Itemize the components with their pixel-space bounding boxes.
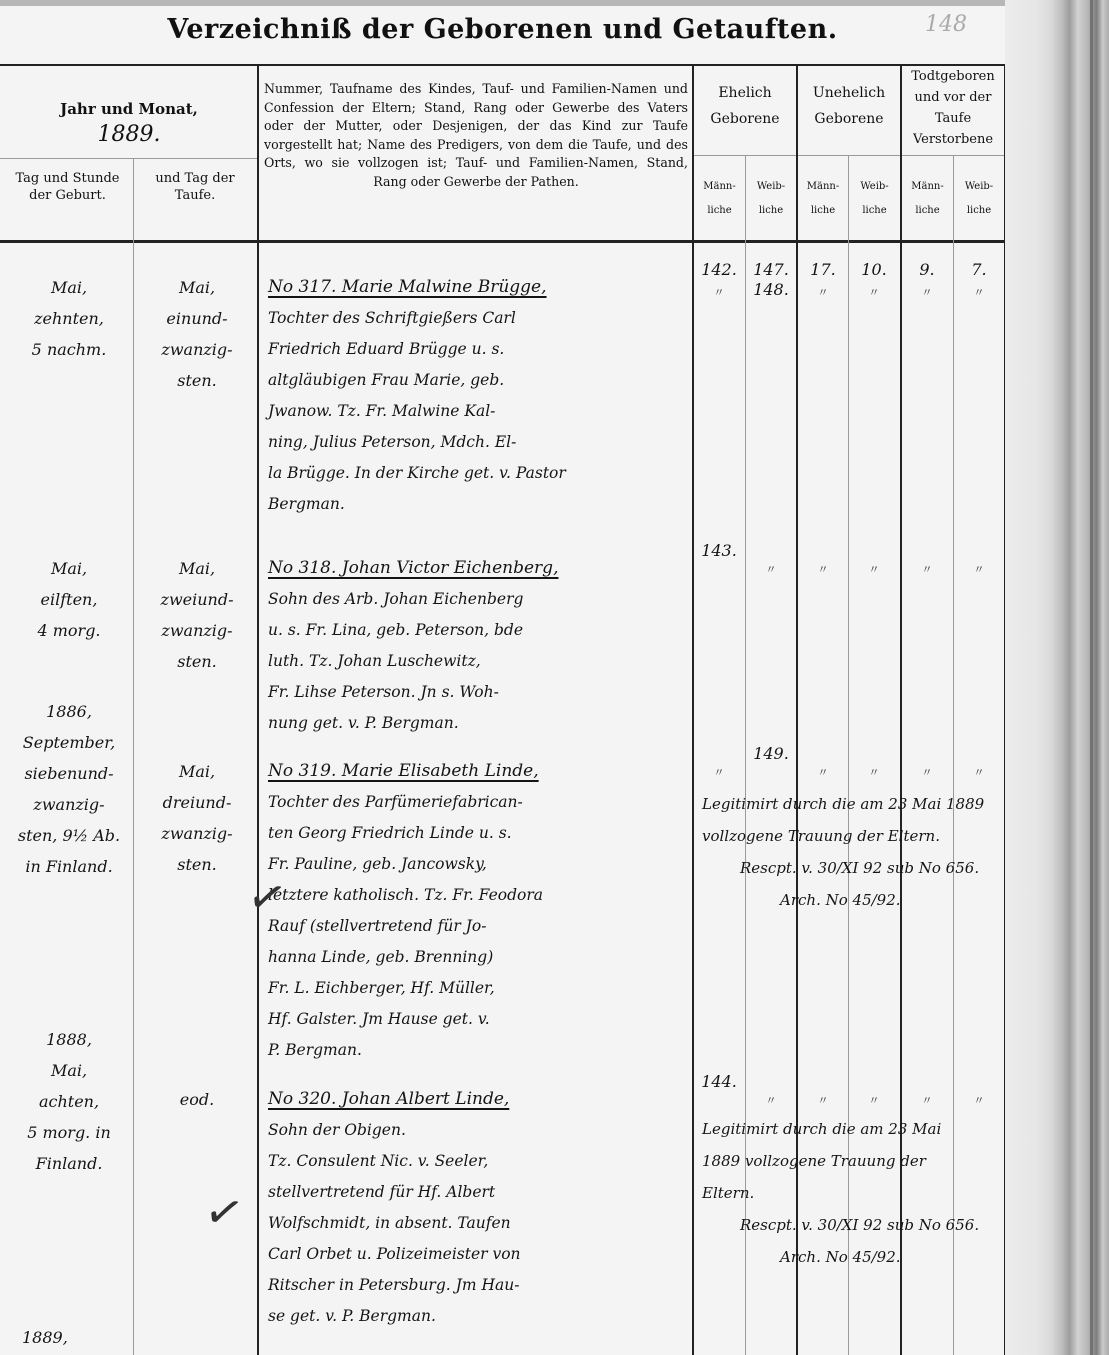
- entry-text-line: Fr. Lihse Peterson. Jn s. Woh-: [268, 677, 692, 708]
- entry-text-line: stellvertretend für Hf. Albert: [268, 1177, 692, 1208]
- legitimation-note-line: Arch. No 45/92.: [780, 891, 901, 909]
- entry-text-line: Friedrich Eduard Brügge u. s.: [268, 334, 692, 365]
- entry-text-line: Tochter des Parfümeriefabrican-: [268, 787, 692, 818]
- header-female-1: Weib-liche: [746, 175, 796, 223]
- entry-heading: No 318. Johan Victor Eichenberg,: [268, 553, 688, 584]
- entry-heading: No 317. Marie Malwine Brügge,: [268, 272, 688, 303]
- count-value: 10.: [849, 260, 899, 279]
- baptism-date-line: sten.: [138, 646, 256, 677]
- birth-date-line: zehnten,: [8, 303, 130, 334]
- header-year-rule: [0, 158, 258, 159]
- count-value: 149.: [746, 744, 796, 763]
- birth-date-line: Mai,: [8, 272, 130, 303]
- header-details-col: Nummer, Taufname des Kindes, Tauf- und F…: [264, 80, 688, 191]
- count-ditto-mark: 〃: [849, 561, 899, 577]
- legitimation-note-line: 1889 vollzogene Trauung der: [702, 1152, 926, 1170]
- count-ditto-mark: 〃: [902, 561, 952, 577]
- birth-date-line: siebenund-: [8, 758, 130, 789]
- entry-text-line: Hf. Galster. Jm Hause get. v.: [268, 1004, 692, 1035]
- count-value: 9.: [902, 260, 952, 279]
- entry-text-line: nung get. v. P. Bergman.: [268, 708, 692, 739]
- header-top-rule: [0, 64, 1005, 66]
- entry-text-line: Wolfschmidt, in absent. Taufen: [268, 1208, 692, 1239]
- entry-text-line: Tz. Consulent Nic. v. Seeler,: [268, 1146, 692, 1177]
- count-ditto-mark: 〃: [902, 764, 952, 780]
- count-value: 143.: [694, 541, 744, 560]
- birth-date-line: sten, 9½ Ab.: [8, 820, 130, 851]
- entry-text-line: u. s. Fr. Lina, geb. Peterson, bde: [268, 615, 692, 646]
- book-binding: [1005, 0, 1109, 1355]
- count-ditto-mark: 〃: [902, 284, 952, 300]
- entry-text-line: ten Georg Friedrich Linde u. s.: [268, 818, 692, 849]
- count-ditto-mark: 〃: [798, 561, 848, 577]
- entry-text-line: altgläubigen Frau Marie, geb.: [268, 365, 692, 396]
- baptism-date-line: Mai,: [138, 553, 256, 584]
- birth-date-line: achten,: [8, 1086, 130, 1117]
- baptism-date-line: sten.: [138, 849, 256, 880]
- entry-text-line: se get. v. P. Bergman.: [268, 1301, 692, 1332]
- baptism-date-line: sten.: [138, 365, 256, 396]
- baptism-date-line: Mai,: [138, 756, 256, 787]
- col-divider-8: [953, 155, 954, 1355]
- entry-text-line: Sohn der Obigen.: [268, 1115, 692, 1146]
- legitimation-note-line: Legitimirt durch die am 23 Mai: [702, 1120, 941, 1138]
- page-number: 148: [925, 12, 967, 37]
- birth-date-line: Finland.: [8, 1148, 130, 1179]
- count-ditto-mark: 〃: [954, 764, 1004, 780]
- baptism-date-line: eod.: [138, 1084, 256, 1115]
- count-value: 142.: [694, 260, 744, 279]
- entry-heading: No 320. Johan Albert Linde,: [268, 1084, 688, 1115]
- count-value: 17.: [798, 260, 848, 279]
- page-title: Verzeichniß der Geborenen und Getauften.: [0, 14, 1005, 45]
- count-ditto-mark: 〃: [694, 284, 744, 300]
- birth-date-line: 1888,: [8, 1024, 130, 1055]
- count-ditto-mark: 〃: [798, 284, 848, 300]
- count-value: 147.: [746, 260, 796, 279]
- entry-text-line: hanna Linde, geb. Brenning): [268, 942, 692, 973]
- count-ditto-mark: 〃: [694, 764, 744, 780]
- baptism-date-line: zwanzig-: [138, 818, 256, 849]
- count-ditto-mark: 〃: [798, 764, 848, 780]
- count-ditto-mark: 〃: [746, 561, 796, 577]
- entry-text-line: Carl Orbet u. Polizeimeister von: [268, 1239, 692, 1270]
- col-divider-3: [692, 64, 694, 1355]
- birth-date-line: 5 morg. in: [8, 1117, 130, 1148]
- count-value: 7.: [954, 260, 1004, 279]
- entry-text-line: Fr. L. Eichberger, Hf. Müller,: [268, 973, 692, 1004]
- entry-text-line: Ritscher in Petersburg. Jm Hau-: [268, 1270, 692, 1301]
- baptism-date-line: zwanzig-: [138, 334, 256, 365]
- entry-heading: No 319. Marie Elisabeth Linde,: [268, 756, 688, 787]
- page-top-edge: [0, 0, 1005, 6]
- entry-text-line: Fr. Pauline, geb. Jancowsky,: [268, 849, 692, 880]
- baptism-date-line: Mai,: [138, 272, 256, 303]
- entry-text-line: Tochter des Schriftgießers Carl: [268, 303, 692, 334]
- legitimation-note-line: Rescpt. v. 30/XI 92 sub No 656.: [740, 859, 979, 877]
- entry-text-line: luth. Tz. Johan Luschewitz,: [268, 646, 692, 677]
- entry-text-line: ning, Julius Peterson, Mdch. El-: [268, 427, 692, 458]
- birth-date-line: eilften,: [8, 584, 130, 615]
- header-female-3: Weib-liche: [954, 175, 1004, 223]
- birth-date-line: 4 morg.: [8, 615, 130, 646]
- register-page: Verzeichniß der Geborenen und Getauften.…: [0, 0, 1005, 1355]
- birth-date-line: Mai,: [8, 553, 130, 584]
- birth-date-line: September,: [8, 727, 130, 758]
- header-year: 1889.: [0, 122, 258, 147]
- baptism-date-line: zwanzig-: [138, 615, 256, 646]
- header-group-illegitimate: Unehelich Geborene: [798, 80, 900, 132]
- entry-text-line: la Brügge. In der Kirche get. v. Pastor: [268, 458, 692, 489]
- entry-text-line: Sohn des Arb. Johan Eichenberg: [268, 584, 692, 615]
- baptism-date-line: einund-: [138, 303, 256, 334]
- pencil-checkmark-icon: ✓: [200, 1182, 249, 1243]
- header-female-2: Weib-liche: [849, 175, 900, 223]
- birth-date-line: 1886,: [8, 696, 130, 727]
- count-ditto-mark: 〃: [954, 1092, 1004, 1108]
- next-entry-birth-year: 1889,: [22, 1322, 68, 1353]
- count-value: 148.: [746, 280, 796, 299]
- birth-date-line: in Finland.: [8, 851, 130, 882]
- birth-date-line: zwanzig-: [8, 789, 130, 820]
- legitimation-note-line: vollzogene Trauung der Eltern.: [702, 827, 940, 845]
- header-group-legitimate: Ehelich Geborene: [694, 80, 796, 132]
- count-ditto-mark: 〃: [849, 284, 899, 300]
- header-baptism-col: und Tag der Taufe.: [145, 170, 245, 204]
- birth-date-line: Mai,: [8, 1055, 130, 1086]
- count-ditto-mark: 〃: [849, 1092, 899, 1108]
- legitimation-note-line: Arch. No 45/92.: [780, 1248, 901, 1266]
- header-male-3: Männ-liche: [902, 175, 953, 223]
- legitimation-note-line: Rescpt. v. 30/XI 92 sub No 656.: [740, 1216, 979, 1234]
- birth-date-line: 5 nachm.: [8, 334, 130, 365]
- header-bottom-rule: [0, 240, 1005, 243]
- count-value: 144.: [694, 1072, 744, 1091]
- count-ditto-mark: 〃: [746, 1092, 796, 1108]
- header-birth-col: Tag und Stunde der Geburt.: [10, 170, 125, 204]
- header-group-stillborn: Todtgeboren und vor der Taufe Verstorben…: [902, 66, 1004, 150]
- entry-text-line: letztere katholisch. Tz. Fr. Feodora: [268, 880, 692, 911]
- entry-text-line: Jwanow. Tz. Fr. Malwine Kal-: [268, 396, 692, 427]
- header-male-2: Männ-liche: [798, 175, 848, 223]
- col-divider-6: [848, 155, 849, 1355]
- col-divider-2: [257, 64, 259, 1355]
- count-ditto-mark: 〃: [798, 1092, 848, 1108]
- header-year-month: Jahr und Monat,: [0, 100, 258, 118]
- col-divider-1: [133, 158, 134, 1355]
- entry-text-line: Bergman.: [268, 489, 692, 520]
- header-male-1: Männ-liche: [694, 175, 745, 223]
- baptism-date-line: zweiund-: [138, 584, 256, 615]
- count-ditto-mark: 〃: [849, 764, 899, 780]
- legitimation-note-line: Legitimirt durch die am 23 Mai 1889: [702, 795, 984, 813]
- entry-text-line: P. Bergman.: [268, 1035, 692, 1066]
- legitimation-note-line: Eltern.: [702, 1184, 754, 1202]
- count-ditto-mark: 〃: [954, 561, 1004, 577]
- baptism-date-line: dreiund-: [138, 787, 256, 818]
- entry-text-line: Rauf (stellvertretend für Jo-: [268, 911, 692, 942]
- count-ditto-mark: 〃: [954, 284, 1004, 300]
- count-ditto-mark: 〃: [902, 1092, 952, 1108]
